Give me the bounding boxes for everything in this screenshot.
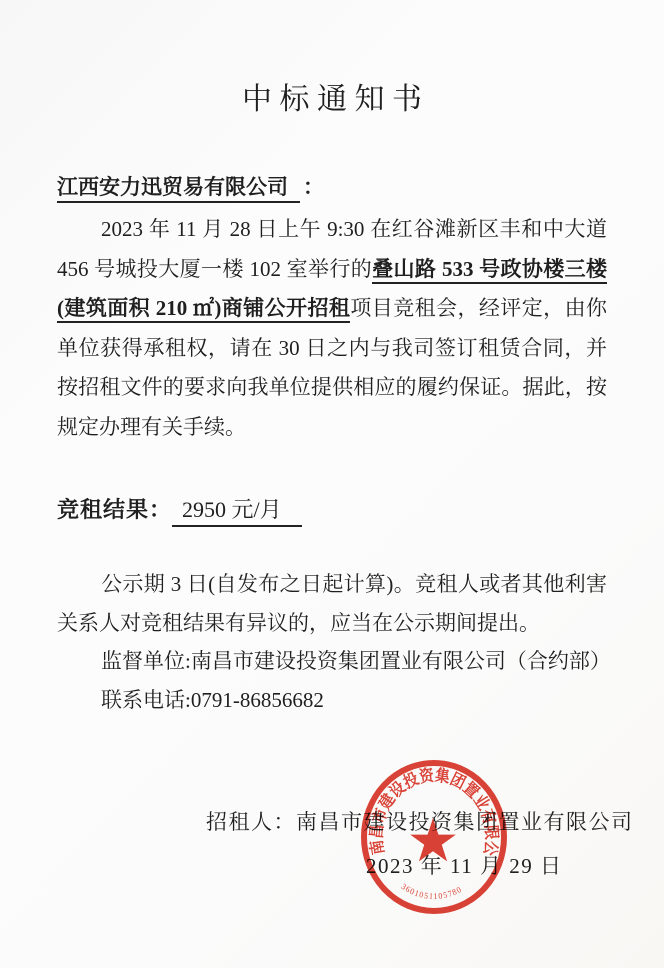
body-text: 监督单位:南昌市建设投资集团置业有限公司（合约部）	[101, 649, 611, 673]
body-paragraph-publicity: 公示期 3 日(自发布之日起计算)。竞租人或者其他利害关系人对竞租结果有异议的，…	[57, 565, 607, 719]
body-text: 按招租文件的要求向我单位提供相应的履约保证。据此，按	[57, 375, 607, 399]
body-text: 2023 年 11 月 28 日上午 9:30 在红谷滩新区丰和中大道	[101, 217, 607, 241]
text-line: (建筑面积 210 ㎡)商铺公开招租项目竞租会，经评定，由你	[57, 289, 607, 329]
result-label: 竞租结果：	[57, 497, 172, 522]
body-text: 联系电话:0791-86856682	[101, 688, 324, 712]
body-text: 456 号城投大厦一楼 102 室举行的	[57, 257, 372, 281]
body-text: 关系人对竞租结果有异议的，应当在公示期间提出。	[57, 611, 540, 635]
result-value: 2950 元/月	[172, 497, 302, 527]
seal-star-icon	[410, 818, 456, 861]
body-text: 单位获得承租权，请在 30 日之内与我司签订租赁合同，并	[57, 336, 607, 360]
addressee-line: 江西安力迅贸易有限公司：	[57, 171, 324, 201]
body-text: 公示期 3 日(自发布之日起计算)。竞租人或者其他利害	[101, 572, 607, 596]
highlighted-text: (建筑面积 210 ㎡)商铺公开招租	[57, 296, 350, 323]
official-seal: 南昌市建设投资集团置业有限公司 3601051105780	[354, 754, 514, 918]
text-line: 按招租文件的要求向我单位提供相应的履约保证。据此，按	[57, 368, 607, 408]
text-line: 公示期 3 日(自发布之日起计算)。竞租人或者其他利害	[57, 565, 607, 604]
text-line: 单位获得承租权，请在 30 日之内与我司签订租赁合同，并	[57, 329, 607, 369]
body-text: 项目竞租会，经评定，由你	[350, 296, 607, 320]
text-line: 监督单位:南昌市建设投资集团置业有限公司（合约部）	[57, 642, 607, 681]
seal-code-arc: 3601051105780	[399, 881, 463, 901]
text-line: 456 号城投大厦一楼 102 室举行的叠山路 533 号政协楼三楼	[57, 250, 607, 290]
result-line: 竞租结果：2950 元/月	[57, 493, 302, 524]
text-line: 关系人对竞租结果有异议的，应当在公示期间提出。	[57, 604, 607, 643]
text-line: 2023 年 11 月 28 日上午 9:30 在红谷滩新区丰和中大道	[57, 210, 607, 250]
lessor-label: 招租人：	[206, 810, 296, 834]
highlighted-text: 叠山路 533 号政协楼三楼	[372, 257, 607, 284]
document-page: 中标通知书 江西安力迅贸易有限公司： 2023 年 11 月 28 日上午 9:…	[0, 0, 664, 968]
addressee-colon: ：	[303, 175, 324, 199]
body-paragraph-main: 2023 年 11 月 28 日上午 9:30 在红谷滩新区丰和中大道456 号…	[57, 210, 607, 447]
addressee-company: 江西安力迅贸易有限公司	[57, 175, 300, 203]
body-text: 规定办理有关手续。	[57, 415, 246, 439]
text-line: 规定办理有关手续。	[57, 408, 607, 448]
text-line: 联系电话:0791-86856682	[57, 681, 607, 720]
document-title: 中标通知书	[0, 74, 664, 118]
